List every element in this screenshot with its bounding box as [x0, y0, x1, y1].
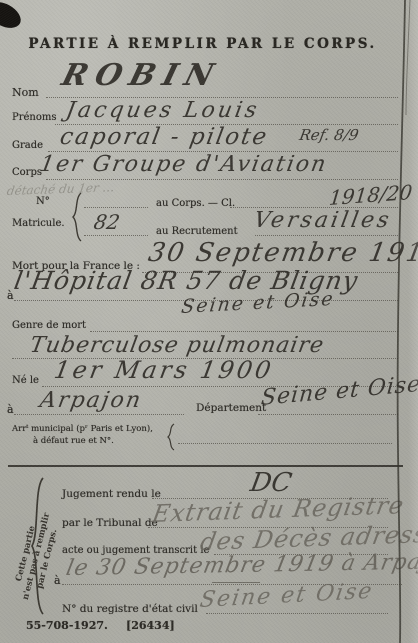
handwritten-mort-date: 30 Septembre 1919	[146, 238, 418, 268]
handwritten-grade-annotation: Ref. 8/9	[298, 126, 360, 144]
label-transcrit-a: à	[54, 574, 61, 587]
handwritten-matricule-numero: 82	[92, 210, 122, 234]
dotted-line	[178, 443, 392, 444]
handwritten-grade: caporal - pilote	[58, 124, 270, 150]
dotted-line	[84, 235, 148, 236]
label-tribunal: par le Tribunal de	[62, 517, 158, 529]
scan-edge-highlight	[408, 0, 418, 643]
matricule-brace	[70, 192, 84, 242]
stamp-number: [26434]	[126, 619, 175, 632]
arrondissement-brace	[166, 423, 176, 451]
label-au-corps: au Corps. — Cl.	[156, 198, 235, 209]
field-label-matricule: Matricule.	[12, 218, 65, 229]
underline-1919	[212, 582, 260, 583]
label-au-recrutement: au Recrutement	[156, 226, 238, 237]
handwritten-genre-mort: Tuberculose pulmonaire	[28, 333, 326, 358]
field-label-nom: Nom	[12, 86, 39, 99]
label-jugement-rendu: Jugement rendu le	[62, 488, 161, 500]
field-label-prenoms: Prénoms	[12, 112, 57, 123]
field-label-genre-mort: Genre de mort	[12, 320, 86, 331]
field-label-lieu-naissance: à	[7, 403, 14, 416]
field-label-numero: N°	[36, 196, 50, 207]
handwritten-lieu-naissance: Arpajon	[38, 388, 144, 413]
pencil-note-corps: détaché du 1er …	[6, 180, 116, 198]
field-label-ne-le: Né le	[12, 375, 39, 386]
field-label-arrondissement-2: à défaut rue et N°.	[33, 436, 114, 446]
dotted-line	[14, 414, 184, 415]
field-label-grade: Grade	[12, 140, 43, 151]
handwritten-departement: Seine et Oise	[260, 372, 418, 411]
ink-blot	[0, 0, 25, 33]
dotted-line	[84, 207, 148, 208]
dotted-line	[90, 331, 398, 332]
form-title: PARTIE À REMPLIR PAR LE CORPS.	[0, 36, 405, 52]
handwritten-nom: ROBIN	[58, 58, 225, 93]
handwritten-recrutement: Versailles	[252, 208, 394, 233]
handwritten-naissance-date: 1er Mars 1900	[52, 356, 276, 384]
field-label-arrondissement-1: Arrᵗ municipal (pʳ Paris et Lyon),	[12, 424, 153, 434]
handwritten-dc: DC	[248, 468, 294, 498]
imprint-number: 55-708-1927.	[26, 619, 108, 632]
handwritten-corps: 1er Groupe d'Aviation	[38, 152, 330, 177]
dotted-line	[255, 235, 398, 236]
handwritten-prenoms: Jacques Louis	[64, 98, 262, 123]
label-registre: N° du registre d'état civil	[62, 603, 198, 615]
section-divider	[8, 465, 403, 467]
field-label-departement: Département	[196, 402, 266, 414]
dotted-line	[206, 613, 388, 614]
jugement-brace	[28, 476, 46, 616]
dotted-line	[258, 414, 398, 415]
document-page: PARTIE À REMPLIR PAR LE CORPS. Nom ROBIN…	[0, 0, 418, 643]
handwritten-classe: 1918/20	[328, 180, 413, 210]
